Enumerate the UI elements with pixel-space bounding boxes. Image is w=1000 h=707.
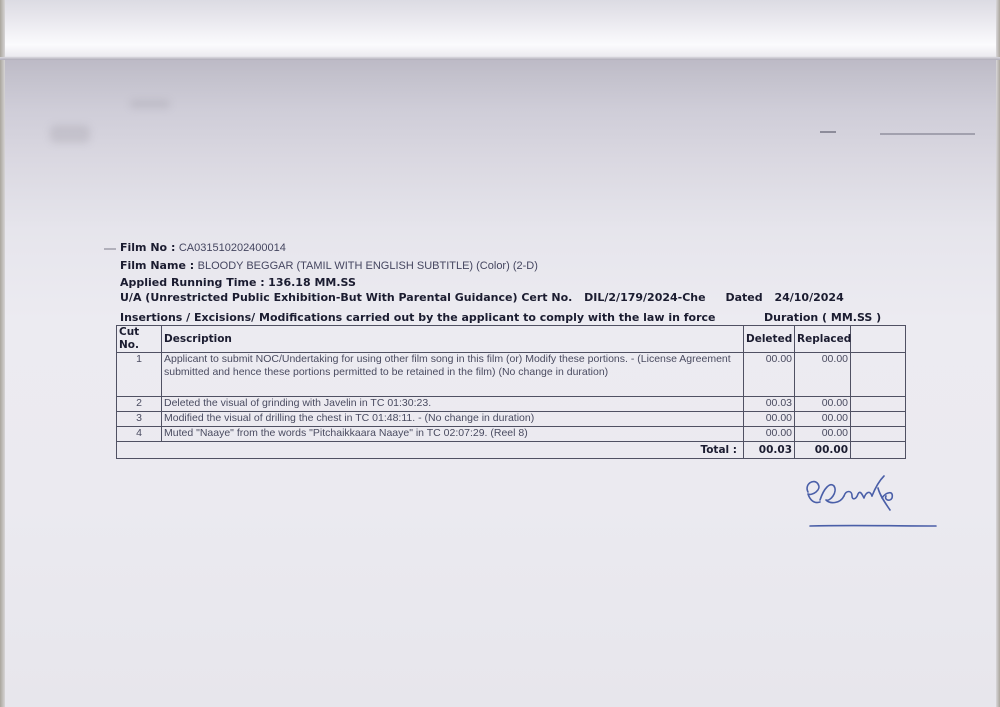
- header-deleted: Deleted: [744, 326, 795, 353]
- film-no-value: CA031510202400014: [179, 242, 286, 254]
- scanned-page: Film No : CA031510202400014 Film Name : …: [0, 0, 1000, 707]
- film-no-line: Film No : CA031510202400014: [120, 241, 286, 255]
- deleted-cell: 00.00: [744, 412, 795, 427]
- description-cell: Modified the visual of drilling the ches…: [162, 412, 744, 427]
- film-name-line: Film Name : BLOODY BEGGAR (TAMIL WITH EN…: [120, 259, 538, 273]
- table-row: 2 Deleted the visual of grinding with Ja…: [117, 397, 906, 412]
- signature: [800, 470, 950, 540]
- table-header-row: Cut No. Description Deleted Replaced: [117, 326, 906, 353]
- scan-smudge: [50, 125, 90, 143]
- total-row: Total : 00.03 00.00: [117, 442, 906, 459]
- replaced-cell: 00.00: [795, 397, 851, 412]
- deleted-cell: 00.03: [744, 397, 795, 412]
- cuts-table: Cut No. Description Deleted Replaced 1 A…: [116, 325, 906, 459]
- total-replaced: 00.00: [795, 442, 851, 459]
- extra-cell: [851, 427, 906, 442]
- section-title: Insertions / Excisions/ Modifications ca…: [120, 311, 716, 325]
- header-extra: [851, 326, 906, 353]
- dated-label: Dated: [725, 291, 762, 304]
- deleted-cell: 00.00: [744, 427, 795, 442]
- replaced-cell: 00.00: [795, 427, 851, 442]
- replaced-cell: 00.00: [795, 353, 851, 397]
- cut-no-cell: 2: [117, 397, 162, 412]
- header-cut-no: Cut No.: [117, 326, 162, 353]
- running-time-line: Applied Running Time : 136.18 MM.SS: [120, 276, 356, 290]
- replaced-cell: 00.00: [795, 412, 851, 427]
- paper-fold: [0, 57, 1000, 60]
- extra-cell: [851, 353, 906, 397]
- scan-smudge: [130, 100, 170, 108]
- cut-no-cell: 4: [117, 427, 162, 442]
- total-spacer: [117, 442, 162, 459]
- scan-mark: [820, 131, 836, 133]
- certificate-line: U/A (Unrestricted Public Exhibition-But …: [120, 291, 844, 305]
- dated-value: 24/10/2024: [774, 291, 843, 304]
- extra-cell: [851, 397, 906, 412]
- description-cell: Applicant to submit NOC/Undertaking for …: [162, 353, 744, 397]
- extra-cell: [851, 412, 906, 427]
- description-cell: Muted "Naaye" from the words "Pitchaikka…: [162, 427, 744, 442]
- description-cell: Deleted the visual of grinding with Jave…: [162, 397, 744, 412]
- duration-label: Duration ( MM.SS ): [764, 311, 881, 325]
- table-row: 1 Applicant to submit NOC/Undertaking fo…: [117, 353, 906, 397]
- page-edge: [0, 0, 5, 707]
- header-replaced: Replaced: [795, 326, 851, 353]
- film-name-value: BLOODY BEGGAR (TAMIL WITH ENGLISH SUBTIT…: [198, 260, 538, 272]
- certificate-type: U/A (Unrestricted Public Exhibition-But …: [120, 291, 572, 304]
- total-label: Total :: [162, 442, 744, 459]
- running-time-value: 136.18 MM.SS: [268, 276, 356, 289]
- running-time-label: Applied Running Time :: [120, 276, 265, 289]
- cut-no-cell: 1: [117, 353, 162, 397]
- scan-mark: [104, 248, 116, 250]
- film-name-label: Film Name :: [120, 259, 194, 272]
- deleted-cell: 00.00: [744, 353, 795, 397]
- table-row: 3 Modified the visual of drilling the ch…: [117, 412, 906, 427]
- total-extra: [851, 442, 906, 459]
- header-description: Description: [162, 326, 744, 353]
- table-row: 4 Muted "Naaye" from the words "Pitchaik…: [117, 427, 906, 442]
- scan-mark: [880, 133, 975, 135]
- film-no-label: Film No :: [120, 241, 175, 254]
- cut-no-cell: 3: [117, 412, 162, 427]
- page-edge: [996, 0, 1000, 707]
- cert-no-value: DIL/2/179/2024-Che: [584, 291, 705, 304]
- total-deleted: 00.03: [744, 442, 795, 459]
